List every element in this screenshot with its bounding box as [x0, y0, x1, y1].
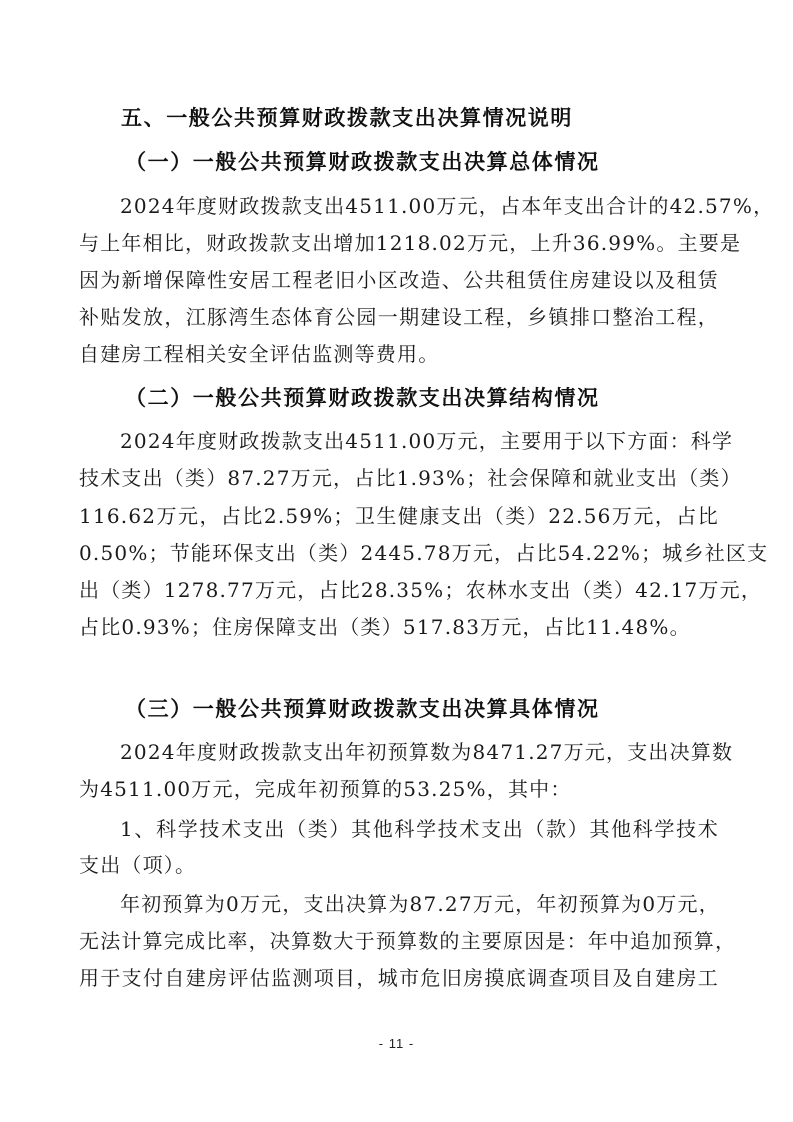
paragraph-line: 支出（项）。	[79, 852, 719, 878]
paragraph-line: 与上年相比，财政拨款支出增加1218.02万元，上升36.99%。主要是	[79, 230, 719, 256]
subsection-2-title: （二）一般公共预算财政拨款支出决算结构情况	[125, 385, 765, 411]
paragraph-line: 116.62万元，占比2.59%；卫生健康支出（类）22.56万元，占比	[79, 503, 719, 529]
section-title: 五、一般公共预算财政拨款支出决算情况说明	[121, 105, 761, 131]
subsection-3-title: （三）一般公共预算财政拨款支出决算具体情况	[125, 696, 765, 722]
paragraph-line: 2024年度财政拨款支出4511.00万元，占本年支出合计的42.57%，	[120, 193, 719, 219]
paragraph-line: 出（类）1278.77万元，占比28.35%；农林水支出（类）42.17万元，	[79, 577, 719, 603]
paragraph-line: 占比0.93%；住房保障支出（类）517.83万元，占比11.48%。	[79, 614, 719, 640]
paragraph-line: 技术支出（类）87.27万元，占比1.93%；社会保障和就业支出（类）	[79, 465, 719, 491]
paragraph-line: 2024年度财政拨款支出4511.00万元，主要用于以下方面：科学	[120, 428, 719, 454]
paragraph-line: 补贴发放，江豚湾生态体育公园一期建设工程，乡镇排口整治工程，	[79, 304, 719, 330]
paragraph-line: 为4511.00万元，完成年初预算的53.25%，其中：	[79, 776, 719, 802]
page-number: - 11 -	[0, 1036, 793, 1051]
subsection-1-title: （一）一般公共预算财政拨款支出决算总体情况	[125, 149, 765, 175]
paragraph-line: 1、科学技术支出（类）其他科学技术支出（款）其他科学技术	[120, 816, 719, 842]
paragraph-line: 用于支付自建房评估监测项目，城市危旧房摸底调查项目及自建房工	[79, 965, 719, 991]
paragraph-line: 无法计算完成比率，决算数大于预算数的主要原因是：年中追加预算，	[79, 928, 719, 954]
paragraph-line: 因为新增保障性安居工程老旧小区改造、公共租赁住房建设以及租赁	[79, 267, 719, 293]
paragraph-line: 年初预算为0万元，支出决算为87.27万元，年初预算为0万元，	[120, 891, 719, 917]
paragraph-line: 2024年度财政拨款支出年初预算数为8471.27万元，支出决算数	[120, 739, 719, 765]
paragraph-line: 0.50%；节能环保支出（类）2445.78万元，占比54.22%；城乡社区支	[79, 540, 719, 566]
document-page: 五、一般公共预算财政拨款支出决算情况说明 （一）一般公共预算财政拨款支出决算总体…	[0, 0, 793, 1122]
paragraph-line: 自建房工程相关安全评估监测等费用。	[79, 341, 719, 367]
